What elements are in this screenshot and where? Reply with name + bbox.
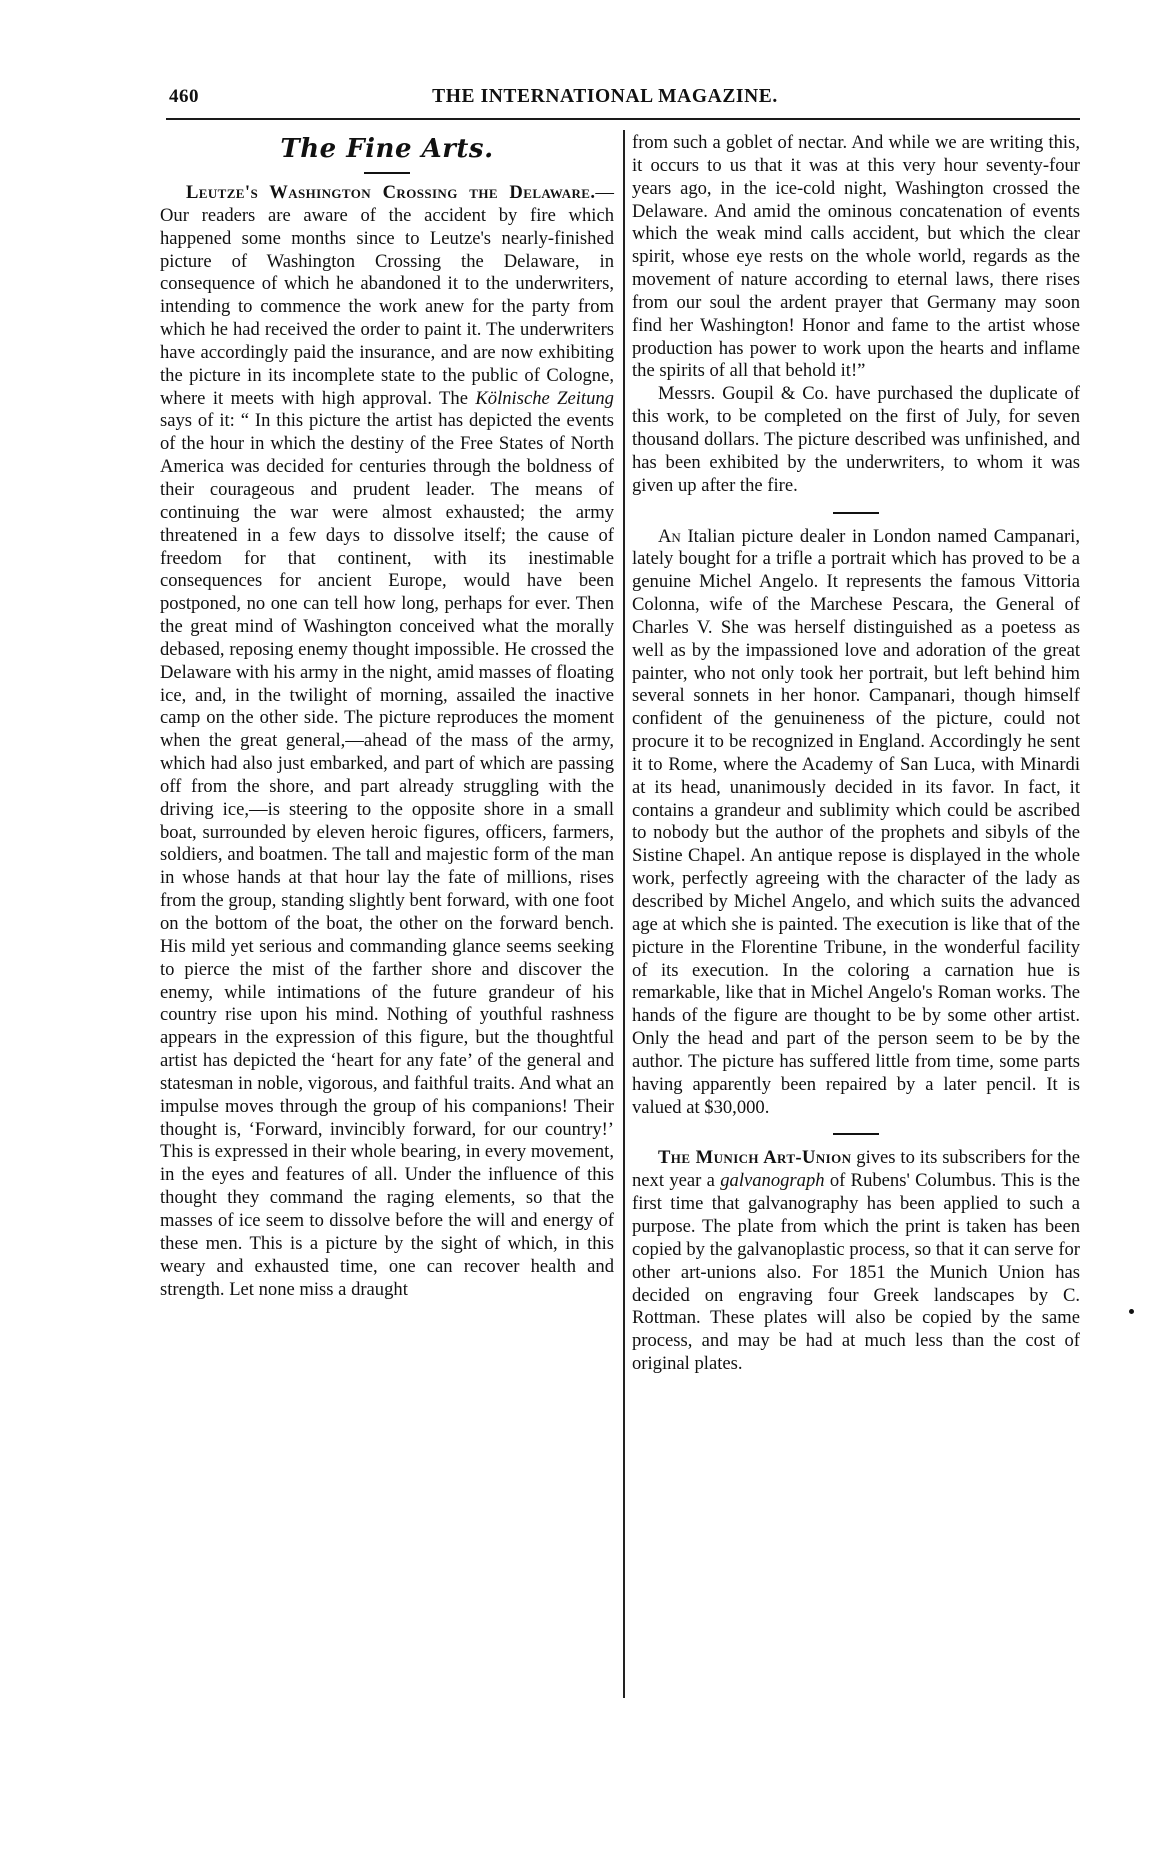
- article-text: of Rubens' Columbus. This is the first t…: [632, 1170, 1080, 1374]
- article-text: Italian picture dealer in London named C…: [632, 526, 1080, 1118]
- article-text: says of it: “ In this picture the artist…: [160, 410, 614, 1299]
- ink-speck: [1129, 1309, 1134, 1314]
- section-title: The Fine Arts.: [160, 132, 614, 166]
- article-separator-rule: [833, 512, 879, 514]
- title-rule: [364, 172, 410, 174]
- article-heading-leutze: Leutze's Washington Crossing the Delawar…: [186, 182, 595, 203]
- article-leutze-paragraph-continued: from such a goblet of nectar. And while …: [632, 132, 1080, 383]
- article-leutze-paragraph-goupil: Messrs. Goupil & Co. have purchased the …: [632, 383, 1080, 497]
- article-lead-word: An: [658, 526, 681, 547]
- article-separator-rule: [833, 1133, 879, 1135]
- article-text: —Our readers are aware of the accident b…: [160, 182, 614, 409]
- header-rule: [166, 118, 1080, 120]
- article-campanari-paragraph: An Italian picture dealer in London name…: [632, 526, 1080, 1120]
- article-leutze-paragraph-1: Leutze's Washington Crossing the Delawar…: [160, 182, 614, 1301]
- running-title: THE INTERNATIONAL MAGAZINE.: [395, 86, 815, 108]
- article-munich-paragraph: The Munich Art-Union gives to its subscr…: [632, 1147, 1080, 1375]
- italic-newspaper-title: Kölnische Zeitung: [475, 388, 614, 409]
- article-heading-munich: The Munich Art-Union: [658, 1147, 851, 1168]
- page-number: 460: [169, 86, 199, 108]
- right-column: from such a goblet of nectar. And while …: [632, 132, 1080, 1376]
- column-divider: [623, 130, 625, 1698]
- left-column: The Fine Arts. Leutze's Washington Cross…: [160, 130, 614, 1301]
- italic-term: galvanograph: [720, 1170, 824, 1191]
